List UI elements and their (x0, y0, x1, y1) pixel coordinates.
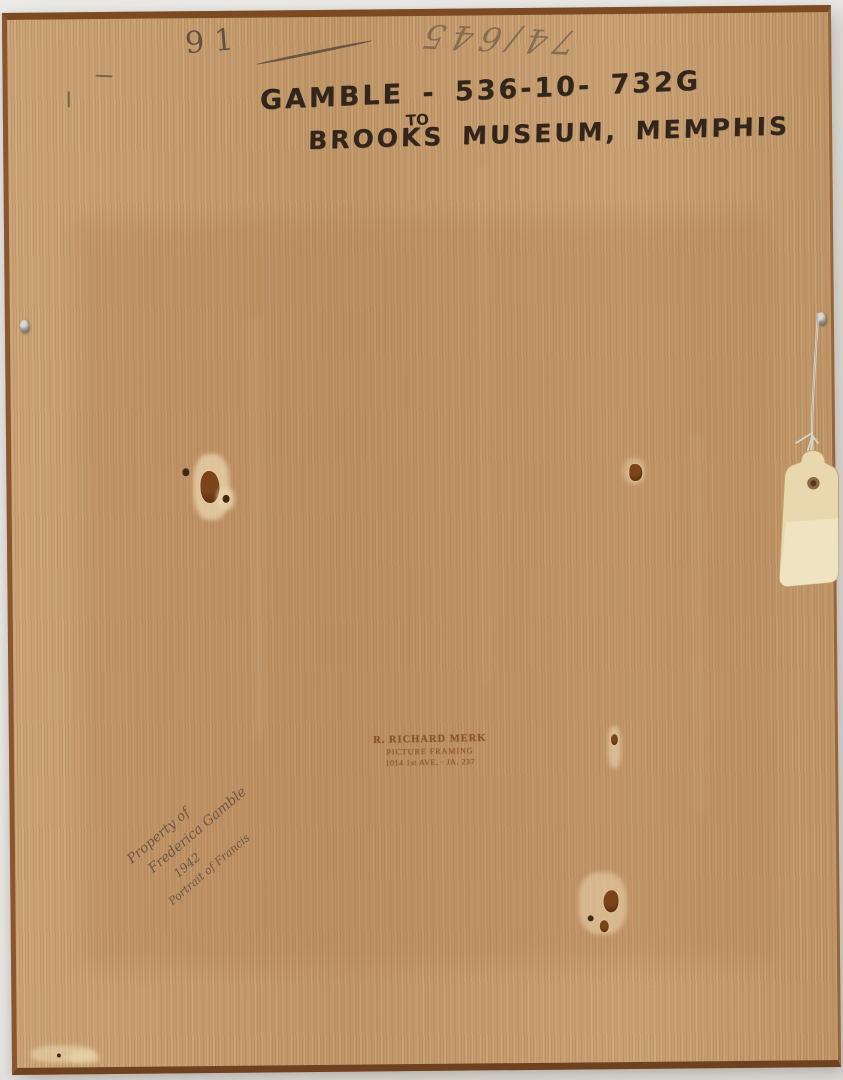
grain-streak (691, 433, 707, 813)
nail-hole (182, 468, 189, 476)
grain-streak (250, 318, 264, 738)
wood-grain-texture (7, 12, 838, 1068)
gouge-hole (603, 890, 618, 912)
pencil-dash-mark (95, 75, 112, 78)
marker-inscription-line1: GAMBLE - 536-10- 732G (260, 66, 701, 117)
framer-stamp: R. RICHARD MERK PICTURE FRAMING 1014 1st… (362, 733, 499, 768)
edge-abrasion (69, 1051, 99, 1063)
shipping-tag (779, 449, 843, 588)
tag-lower-sheen (780, 516, 840, 588)
photo-backdrop: { "scene": { "subject": "verso of a fram… (0, 0, 843, 1080)
speck (588, 915, 594, 921)
pencil-inventory-number: 91 (184, 22, 245, 62)
framer-stamp-name: R. RICHARD MERK (362, 733, 498, 746)
left-hanging-nail (20, 320, 29, 333)
small-gouge (611, 734, 618, 745)
scratch-mark (608, 726, 621, 768)
framer-stamp-address: 1014 1st AVE. · JA. 237 (362, 757, 498, 768)
pencil-dash-mark (68, 91, 70, 107)
framer-stamp-trade: PICTURE FRAMING (362, 746, 498, 757)
upside-down-pencil-scrawl: 74/645 (320, 13, 580, 62)
artwork-back-panel: 91 74/645 GAMBLE - 536-10- 732G TO BROOK… (2, 5, 841, 1075)
provenance-note: Property of Frederica Gamble 1942 Portra… (123, 730, 318, 912)
grain-streak (478, 165, 491, 685)
tag-and-string (766, 293, 843, 605)
panel-hole-right (629, 464, 642, 481)
speck (600, 920, 609, 932)
speck (57, 1053, 61, 1057)
nail-hole (223, 495, 230, 503)
marker-inscription-line2: BROOKS MUSEUM, MEMPHIS (308, 111, 790, 155)
